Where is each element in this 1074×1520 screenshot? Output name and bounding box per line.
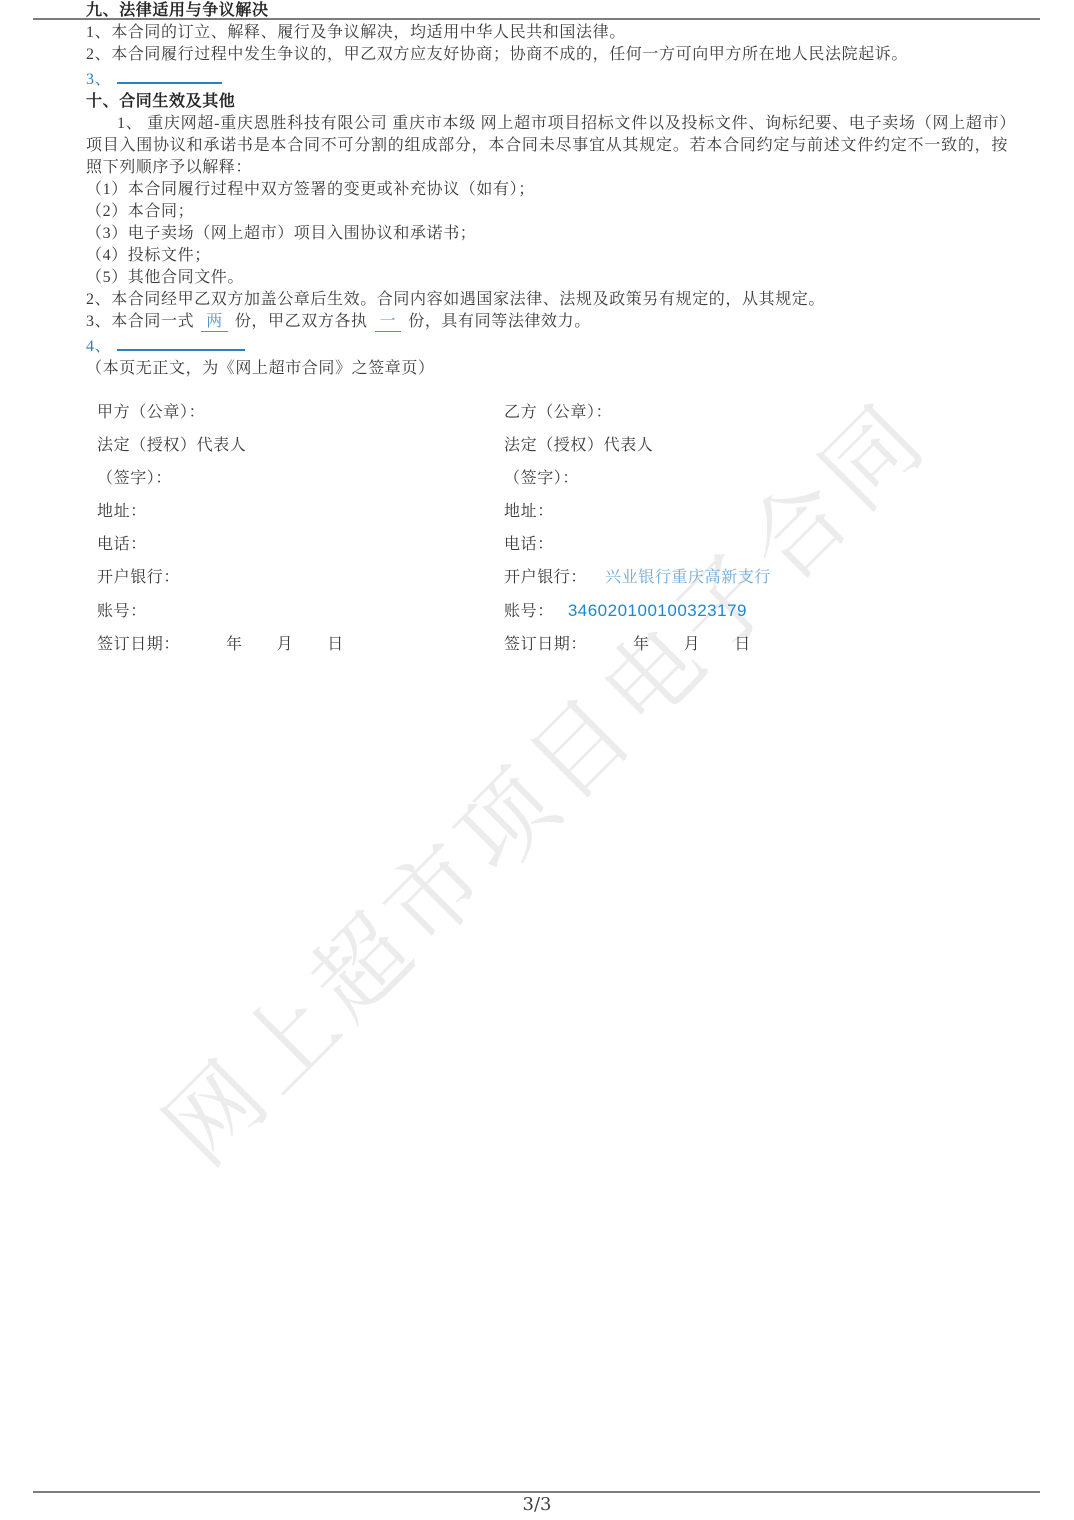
clause-10-1-sub-3: （3）电子卖场（网上超市）项目入围协议和承诺书； xyxy=(86,223,1008,245)
party-a-account-label: 账号： xyxy=(97,603,147,620)
party-a-date: 签订日期：年月日 xyxy=(97,628,504,661)
clause-9-3-blank-field[interactable] xyxy=(117,66,222,84)
clause-10-3-prefix: 3、本合同一式 xyxy=(86,313,194,330)
party-b-seal-label: 乙方（公章）： xyxy=(504,396,1008,429)
sig-row-representative: 法定（授权）代表人 法定（授权）代表人 xyxy=(97,429,1008,462)
party-b-date-label: 签订日期： xyxy=(504,636,587,653)
section-10-title: 十、合同生效及其他 xyxy=(86,91,1008,113)
party-a-year-label: 年 xyxy=(226,636,243,653)
clause-10-2: 2、本合同经甲乙双方加盖公章后生效。合同内容如遇国家法律、法规及政策另有规定的，… xyxy=(86,289,1008,311)
party-b-date: 签订日期：年月日 xyxy=(504,628,1008,661)
party-a-account: 账号： xyxy=(97,594,504,628)
clause-10-1: 1、 重庆网超-重庆恩胜科技有限公司 重庆市本级 网上超市项目招标文件以及投标文… xyxy=(86,113,1008,179)
party-a-bank-label: 开户银行： xyxy=(97,569,180,586)
party-a-rep-label: 法定（授权）代表人 xyxy=(97,429,504,462)
clause-10-4: 4、 xyxy=(86,333,1008,358)
clause-10-1-sub-5: （5）其他合同文件。 xyxy=(86,267,1008,289)
clause-10-1-sub-2: （2）本合同； xyxy=(86,201,1008,223)
party-a-phone-label: 电话： xyxy=(97,528,504,561)
contract-body: 九、法律适用与争议解决 1、本合同的订立、解释、履行及争议解决，均适用中华人民共… xyxy=(0,0,1074,661)
copies-total-field[interactable]: 两 xyxy=(201,313,228,332)
sig-row-sign: （签字）： （签字）： xyxy=(97,462,1008,495)
clause-10-3-mid: 份，甲乙双方各执 xyxy=(235,313,368,330)
sig-row-bank: 开户银行： 开户银行：兴业银行重庆高新支行 xyxy=(97,561,1008,594)
party-a-address-label: 地址： xyxy=(97,495,504,528)
party-b-account-value: 346020100100323179 xyxy=(568,601,747,620)
party-a-sign-label: （签字）： xyxy=(97,462,504,495)
party-a-bank: 开户银行： xyxy=(97,561,504,594)
sig-row-account: 账号： 账号：346020100100323179 xyxy=(97,594,1008,628)
party-b-day-label: 日 xyxy=(734,636,751,653)
sig-row-address: 地址： 地址： xyxy=(97,495,1008,528)
clause-10-3: 3、本合同一式两份，甲乙双方各执一份，具有同等法律效力。 xyxy=(86,311,1008,333)
party-a-seal-label: 甲方（公章）： xyxy=(97,396,504,429)
party-a-date-label: 签订日期： xyxy=(97,636,180,653)
contract-page: 网上超市项目电子合同 九、法律适用与争议解决 1、本合同的订立、解释、履行及争议… xyxy=(0,0,1074,1520)
clause-9-3: 3、 xyxy=(86,66,1008,91)
sig-row-seal: 甲方（公章）： 乙方（公章）： xyxy=(97,396,1008,429)
section-9-title: 九、法律适用与争议解决 xyxy=(86,0,1008,22)
sig-row-date: 签订日期：年月日 签订日期：年月日 xyxy=(97,628,1008,661)
party-b-month-label: 月 xyxy=(684,636,701,653)
party-b-account-label: 账号： xyxy=(504,603,554,620)
party-b-year-label: 年 xyxy=(633,636,650,653)
party-b-bank-label: 开户银行： xyxy=(504,569,587,586)
party-a-month-label: 月 xyxy=(277,636,294,653)
clause-10-4-label: 4、 xyxy=(86,338,111,355)
party-b-sign-label: （签字）： xyxy=(504,462,1008,495)
clause-10-3-suffix: 份，具有同等法律效力。 xyxy=(408,313,591,330)
party-b-bank-value: 兴业银行重庆高新支行 xyxy=(605,569,771,586)
clause-10-1-sub-4: （4）投标文件； xyxy=(86,245,1008,267)
party-b-address-label: 地址： xyxy=(504,495,1008,528)
signature-page-note: （本页无正文，为《网上超市合同》之签章页） xyxy=(86,358,1008,380)
clause-10-4-blank-field[interactable] xyxy=(117,333,245,351)
clause-9-2: 2、本合同履行过程中发生争议的，甲乙双方应友好协商；协商不成的，任何一方可向甲方… xyxy=(86,44,1008,66)
bottom-divider xyxy=(33,1491,1040,1493)
clause-9-3-label: 3、 xyxy=(86,71,111,88)
clause-10-1-sub-1: （1）本合同履行过程中双方签署的变更或补充协议（如有）； xyxy=(86,179,1008,201)
party-a-day-label: 日 xyxy=(327,636,344,653)
sig-row-phone: 电话： 电话： xyxy=(97,528,1008,561)
clause-9-1: 1、本合同的订立、解释、履行及争议解决，均适用中华人民共和国法律。 xyxy=(86,22,1008,44)
party-b-bank: 开户银行：兴业银行重庆高新支行 xyxy=(504,561,1008,594)
party-b-phone-label: 电话： xyxy=(504,528,1008,561)
party-b-rep-label: 法定（授权）代表人 xyxy=(504,429,1008,462)
page-number: 3/3 xyxy=(0,1494,1074,1515)
copies-each-field[interactable]: 一 xyxy=(375,313,402,332)
signature-block: 甲方（公章）： 乙方（公章）： 法定（授权）代表人 法定（授权）代表人 （签字）… xyxy=(97,396,1008,661)
party-b-account: 账号：346020100100323179 xyxy=(504,594,1008,628)
